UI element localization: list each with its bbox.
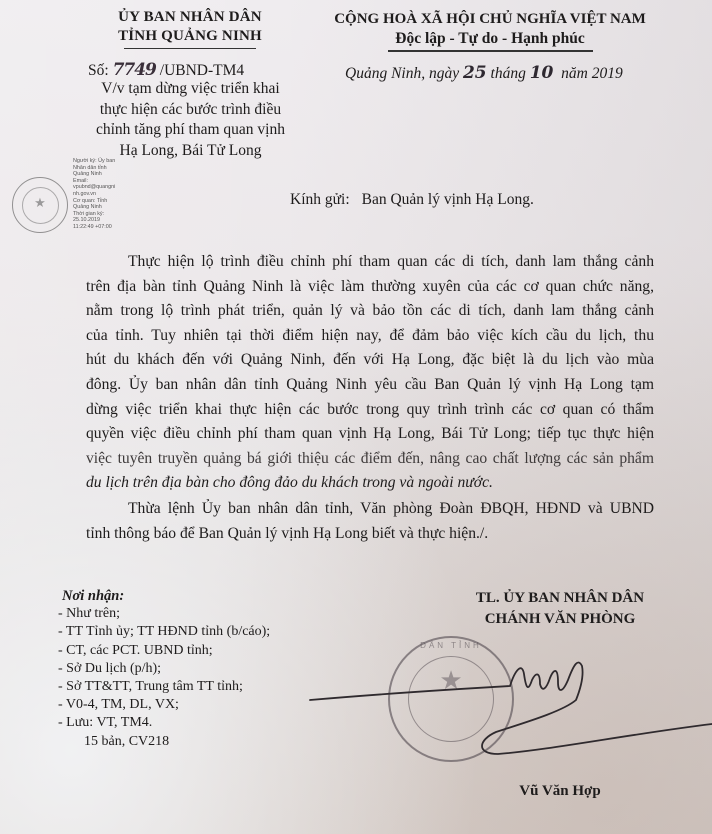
doc-number-suffix: /UBND-TM4 <box>160 62 244 79</box>
body-line: Thực hiện lộ trình điều chỉnh phí tham q… <box>86 250 654 275</box>
dsig-line: Email: <box>73 178 135 185</box>
national-header: CỘNG HOÀ XÃ HỘI CHỦ NGHĨA VIỆT NAM Độc l… <box>318 10 662 52</box>
dsig-line: Người ký: Ủy ban <box>73 158 135 165</box>
dsig-line: Thời gian ký: <box>73 211 135 218</box>
copies-count: 15 bản, CV218 <box>58 733 270 751</box>
motto-underline <box>388 50 593 52</box>
body-line: hút du khách đến với Quảng Ninh, đến với… <box>86 348 654 373</box>
issuer-line-2: TỈNH QUẢNG NINH <box>80 27 300 46</box>
dsig-line: vpubnd@quangni <box>73 184 135 191</box>
body-line: của tỉnh. Tuy nhiên tại thời điểm hiện n… <box>86 324 654 349</box>
issuer-underline <box>124 48 256 49</box>
body-line: trên địa bàn tỉnh Quảng Ninh là việc làm… <box>86 275 654 300</box>
signer-block: TL. ỦY BAN NHÂN DÂN CHÁNH VĂN PHÒNG <box>420 588 700 630</box>
subject-block: V/v tạm dừng việc triển khai thực hiện c… <box>88 79 293 161</box>
body-paragraph-1: Thực hiện lộ trình điều chỉnh phí tham q… <box>86 250 654 496</box>
dsig-line: nh.gov.vn <box>73 191 135 198</box>
seal-rim-text: DÂN TỈNH <box>390 641 512 650</box>
receivers-block: Nơi nhận: - Như trên; - TT Tỉnh ủy; TT H… <box>58 587 270 751</box>
issuer-block: ỦY BAN NHÂN DÂN TỈNH QUẢNG NINH <box>80 8 300 49</box>
body-line: nằm trong lộ trình phát triển, quản lý v… <box>86 299 654 324</box>
signer-position: CHÁNH VĂN PHÒNG <box>420 609 700 630</box>
digital-signature-info: Người ký: Ủy ban Nhân dân tỉnh Quảng Nin… <box>73 158 135 231</box>
document-number: Số: 7749 /UBND-TM4 <box>88 60 244 80</box>
date-month-label: tháng <box>491 65 526 82</box>
date-month: 10 <box>530 63 554 83</box>
dsig-line: 11:22:49 +07:00 <box>73 224 135 231</box>
recipient-name: Ban Quản lý vịnh Hạ Long. <box>362 191 534 208</box>
motto: Độc lập - Tự do - Hạnh phúc <box>318 29 662 49</box>
receivers-title: Nơi nhận: <box>62 587 270 605</box>
digital-signature-seal-icon: ★ <box>12 177 68 233</box>
receiver-item: - V0-4, TM, DL, VX; <box>58 696 270 714</box>
body-line: đông. Ủy ban nhân dân tỉnh Quảng Ninh yê… <box>86 373 654 398</box>
body-line: tỉnh thông báo để Ban Quản lý vịnh Hạ Lo… <box>86 522 654 547</box>
subject-line: thực hiện các bước trình điều <box>88 100 293 121</box>
dsig-line: 25.10.2019 <box>73 217 135 224</box>
body-paragraph-2: Thừa lệnh Ủy ban nhân dân tỉnh, Văn phòn… <box>86 497 654 546</box>
receiver-item: - Như trên; <box>58 605 270 623</box>
body-line: việc tuyên truyền quảng bá giới thiệu cá… <box>86 447 654 472</box>
recipient-label: Kính gửi: <box>290 191 350 208</box>
body-line: du lịch trên địa bàn cho đông đảo du khá… <box>86 471 654 496</box>
nation-title: CỘNG HOÀ XÃ HỘI CHỦ NGHĨA VIỆT NAM <box>318 10 662 29</box>
date-place: Quảng Ninh, ngày <box>345 65 459 82</box>
dsig-line: Cơ quan: Tỉnh <box>73 198 135 205</box>
receiver-item: - Sở Du lịch (p/h); <box>58 660 270 678</box>
date-day: 25 <box>463 63 487 83</box>
doc-number-handwritten: 7749 <box>113 60 156 80</box>
doc-number-prefix: Số: <box>88 62 109 79</box>
star-icon: ★ <box>13 195 67 211</box>
signer-name: Vũ Văn Hợp <box>460 783 660 800</box>
body-line: dừng việc triển khai thực hiện các bước … <box>86 398 654 423</box>
recipient-line: Kính gửi:Ban Quản lý vịnh Hạ Long. <box>290 191 534 209</box>
dsig-line: Quảng Ninh <box>73 171 135 178</box>
issuer-line-1: ỦY BAN NHÂN DÂN <box>80 8 300 27</box>
date-line: Quảng Ninh, ngày 25 tháng 10 năm 2019 <box>345 63 623 83</box>
receiver-item: - Lưu: VT, TM4. <box>58 714 270 732</box>
date-year: năm 2019 <box>561 65 623 82</box>
subject-line: V/v tạm dừng việc triển khai <box>88 79 293 100</box>
signer-on-behalf: TL. ỦY BAN NHÂN DÂN <box>420 588 700 609</box>
dsig-line: Nhân dân tỉnh <box>73 165 135 172</box>
receiver-item: - TT Tỉnh ủy; TT HĐND tỉnh (b/cáo); <box>58 623 270 641</box>
body-line: Thừa lệnh Ủy ban nhân dân tỉnh, Văn phòn… <box>86 497 654 522</box>
receiver-item: - Sở TT&TT, Trung tâm TT tỉnh; <box>58 678 270 696</box>
dsig-line: Quảng Ninh <box>73 204 135 211</box>
subject-line: chỉnh tăng phí tham quan vịnh <box>88 120 293 141</box>
handwritten-signature-icon <box>300 650 712 770</box>
body-line: quyền việc điều chỉnh phí tham quan vịnh… <box>86 422 654 447</box>
receiver-item: - CT, các PCT. UBND tỉnh; <box>58 642 270 660</box>
document-page: ỦY BAN NHÂN DÂN TỈNH QUẢNG NINH Số: 7749… <box>0 0 712 834</box>
